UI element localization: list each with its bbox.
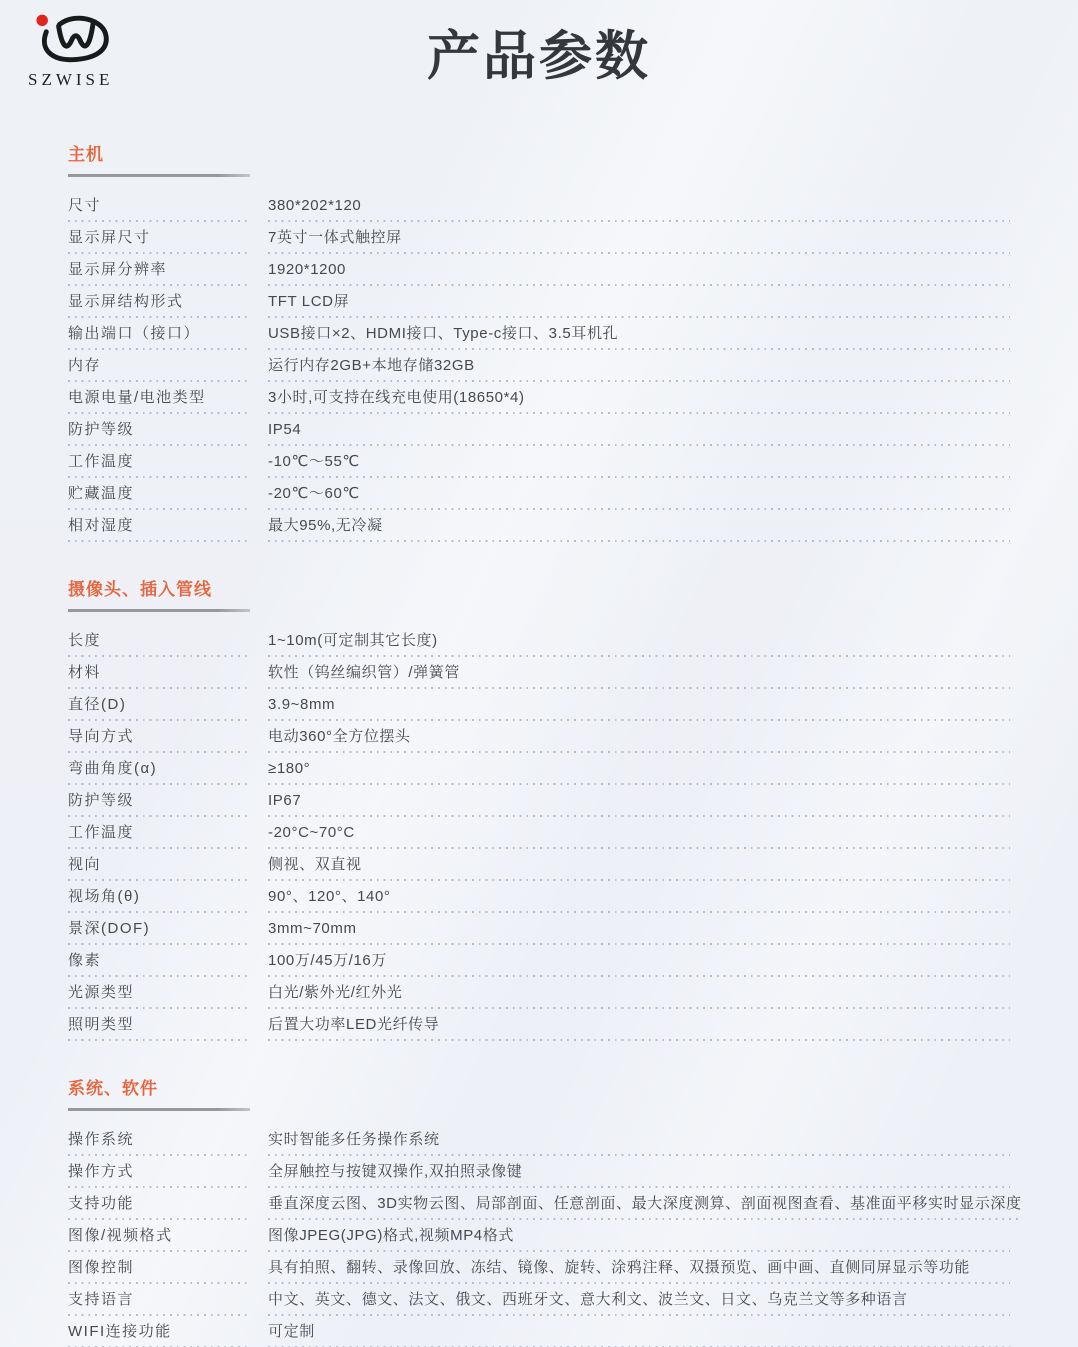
- spec-row: 操作系统 实时智能多任务操作系统: [68, 1124, 1010, 1156]
- spec-label: 直径(D): [68, 689, 250, 721]
- spec-label: 防护等级: [68, 414, 250, 446]
- spec-row: 相对湿度 最大95%,无冷凝: [68, 510, 1010, 542]
- spec-value: TFT LCD屏: [268, 286, 1010, 318]
- spec-label: 工作温度: [68, 817, 250, 849]
- spec-sections: 主机 尺寸 380*202*120 显示屏尺寸 7英寸一体式触控屏 显示屏分辨率…: [68, 140, 1010, 1347]
- spec-value: 电动360°全方位摆头: [268, 721, 1010, 753]
- spec-value: 380*202*120: [268, 190, 1010, 222]
- spec-row: 材料 软性（钨丝编织管）/弹簧管: [68, 657, 1010, 689]
- spec-value: 3.9~8mm: [268, 689, 1010, 721]
- spec-row: 直径(D) 3.9~8mm: [68, 689, 1010, 721]
- spec-value: 运行内存2GB+本地存储32GB: [268, 350, 1010, 382]
- page-title: 产品参数: [0, 0, 1078, 88]
- spec-label: 操作方式: [68, 1156, 250, 1188]
- spec-section: 摄像头、插入管线 长度 1~10m(可定制其它长度) 材料 软性（钨丝编织管）/…: [68, 575, 1010, 1041]
- spec-row: 图像控制 具有拍照、翻转、录像回放、冻结、镜像、旋转、涂鸦注释、双摄预览、画中画…: [68, 1252, 1010, 1284]
- spec-row: 像素 100万/45万/16万: [68, 945, 1010, 977]
- spec-row: 尺寸 380*202*120: [68, 190, 1010, 222]
- spec-value: 实时智能多任务操作系统: [268, 1124, 1010, 1156]
- spec-row: 图像/视频格式 图像JPEG(JPG)格式,视频MP4格式: [68, 1220, 1010, 1252]
- product-spec-page: SZWISE 产品参数 主机 尺寸 380*202*120 显示屏尺寸 7英寸一…: [0, 0, 1078, 1347]
- spec-row: 光源类型 白光/紫外光/红外光: [68, 977, 1010, 1009]
- spec-label: 导向方式: [68, 721, 250, 753]
- spec-row: 景深(DOF) 3mm~70mm: [68, 913, 1010, 945]
- spec-row: 显示屏结构形式 TFT LCD屏: [68, 286, 1010, 318]
- spec-row: 显示屏尺寸 7英寸一体式触控屏: [68, 222, 1010, 254]
- spec-value: 3小时,可支持在线充电使用(18650*4): [268, 382, 1010, 414]
- section-title-underline: [68, 1108, 250, 1111]
- spec-row: 支持功能 垂直深度云图、3D实物云图、局部剖面、任意剖面、最大深度测算、剖面视图…: [68, 1188, 1010, 1220]
- spec-row: 显示屏分辨率 1920*1200: [68, 254, 1010, 286]
- spec-row: 防护等级 IP67: [68, 785, 1010, 817]
- spec-label: 景深(DOF): [68, 913, 250, 945]
- spec-row: 贮藏温度 -20℃～60℃: [68, 478, 1010, 510]
- section-title: 摄像头、插入管线: [68, 575, 1010, 600]
- spec-label: 支持语言: [68, 1284, 250, 1316]
- spec-label: 像素: [68, 945, 250, 977]
- spec-label: WIFI连接功能: [68, 1316, 250, 1347]
- spec-label: 操作系统: [68, 1124, 250, 1156]
- spec-value: 3mm~70mm: [268, 913, 1010, 945]
- spec-value: ≥180°: [268, 753, 1010, 785]
- spec-rows: 长度 1~10m(可定制其它长度) 材料 软性（钨丝编织管）/弹簧管 直径(D)…: [68, 625, 1010, 1041]
- spec-section: 主机 尺寸 380*202*120 显示屏尺寸 7英寸一体式触控屏 显示屏分辨率…: [68, 140, 1010, 542]
- section-title: 主机: [68, 140, 1010, 165]
- spec-row: 照明类型 后置大功率LED光纤传导: [68, 1009, 1010, 1041]
- spec-row: 电源电量/电池类型 3小时,可支持在线充电使用(18650*4): [68, 382, 1010, 414]
- spec-label: 电源电量/电池类型: [68, 382, 250, 414]
- spec-value: 100万/45万/16万: [268, 945, 1010, 977]
- spec-value: 可定制: [268, 1316, 1010, 1347]
- spec-label: 内存: [68, 350, 250, 382]
- spec-label: 防护等级: [68, 785, 250, 817]
- spec-row: 导向方式 电动360°全方位摆头: [68, 721, 1010, 753]
- section-title-underline: [68, 609, 250, 612]
- spec-value: USB接口×2、HDMI接口、Type-c接口、3.5耳机孔: [268, 318, 1010, 350]
- spec-row: 支持语言 中文、英文、德文、法文、俄文、西班牙文、意大利文、波兰文、日文、乌克兰…: [68, 1284, 1010, 1316]
- spec-value: -20℃～60℃: [268, 478, 1010, 510]
- spec-label: 视向: [68, 849, 250, 881]
- spec-label: 照明类型: [68, 1009, 250, 1041]
- section-title: 系统、软件: [68, 1074, 1010, 1099]
- brand-logo: SZWISE: [28, 12, 138, 90]
- spec-value: 后置大功率LED光纤传导: [268, 1009, 1010, 1041]
- spec-label: 材料: [68, 657, 250, 689]
- spec-label: 弯曲角度(α): [68, 753, 250, 785]
- spec-row: 视场角(θ) 90°、120°、140°: [68, 881, 1010, 913]
- spec-row: 内存 运行内存2GB+本地存储32GB: [68, 350, 1010, 382]
- spec-value: -10℃～55℃: [268, 446, 1010, 478]
- spec-value: 最大95%,无冷凝: [268, 510, 1010, 542]
- spec-value: IP67: [268, 785, 1010, 817]
- spec-label: 显示屏分辨率: [68, 254, 250, 286]
- spec-value: 垂直深度云图、3D实物云图、局部剖面、任意剖面、最大深度测算、剖面视图查看、基准…: [268, 1188, 1022, 1220]
- brand-logo-mark-icon: [34, 12, 116, 68]
- spec-label: 工作温度: [68, 446, 250, 478]
- spec-label: 图像/视频格式: [68, 1220, 250, 1252]
- spec-value: 7英寸一体式触控屏: [268, 222, 1010, 254]
- spec-value: 白光/紫外光/红外光: [268, 977, 1010, 1009]
- spec-row: WIFI连接功能 可定制: [68, 1316, 1010, 1347]
- spec-label: 输出端口（接口）: [68, 318, 250, 350]
- brand-logo-text: SZWISE: [28, 70, 138, 90]
- page-header: SZWISE 产品参数: [0, 0, 1078, 88]
- spec-label: 长度: [68, 625, 250, 657]
- spec-label: 视场角(θ): [68, 881, 250, 913]
- spec-row: 防护等级 IP54: [68, 414, 1010, 446]
- spec-row: 工作温度 -20°C~70°C: [68, 817, 1010, 849]
- spec-label: 支持功能: [68, 1188, 250, 1220]
- spec-label: 图像控制: [68, 1252, 250, 1284]
- section-title-underline: [68, 174, 250, 177]
- spec-value: 90°、120°、140°: [268, 881, 1010, 913]
- spec-label: 相对湿度: [68, 510, 250, 542]
- spec-row: 操作方式 全屏触控与按键双操作,双拍照录像键: [68, 1156, 1010, 1188]
- spec-value: IP54: [268, 414, 1010, 446]
- spec-rows: 尺寸 380*202*120 显示屏尺寸 7英寸一体式触控屏 显示屏分辨率 19…: [68, 190, 1010, 542]
- spec-section: 系统、软件 操作系统 实时智能多任务操作系统 操作方式 全屏触控与按键双操作,双…: [68, 1074, 1010, 1347]
- spec-rows: 操作系统 实时智能多任务操作系统 操作方式 全屏触控与按键双操作,双拍照录像键 …: [68, 1124, 1010, 1347]
- spec-value: 软性（钨丝编织管）/弹簧管: [268, 657, 1010, 689]
- spec-label: 显示屏尺寸: [68, 222, 250, 254]
- spec-label: 贮藏温度: [68, 478, 250, 510]
- spec-value: 侧视、双直视: [268, 849, 1010, 881]
- spec-label: 光源类型: [68, 977, 250, 1009]
- spec-row: 输出端口（接口） USB接口×2、HDMI接口、Type-c接口、3.5耳机孔: [68, 318, 1010, 350]
- spec-label: 尺寸: [68, 190, 250, 222]
- spec-value: 1920*1200: [268, 254, 1010, 286]
- spec-value: 图像JPEG(JPG)格式,视频MP4格式: [268, 1220, 1010, 1252]
- spec-row: 视向 侧视、双直视: [68, 849, 1010, 881]
- spec-value: 具有拍照、翻转、录像回放、冻结、镜像、旋转、涂鸦注释、双摄预览、画中画、直侧同屏…: [268, 1252, 1010, 1284]
- spec-row: 长度 1~10m(可定制其它长度): [68, 625, 1010, 657]
- spec-value: 全屏触控与按键双操作,双拍照录像键: [268, 1156, 1010, 1188]
- spec-row: 弯曲角度(α) ≥180°: [68, 753, 1010, 785]
- spec-row: 工作温度 -10℃～55℃: [68, 446, 1010, 478]
- spec-label: 显示屏结构形式: [68, 286, 250, 318]
- spec-value: 中文、英文、德文、法文、俄文、西班牙文、意大利文、波兰文、日文、乌克兰文等多种语…: [268, 1284, 1010, 1316]
- spec-value: 1~10m(可定制其它长度): [268, 625, 1010, 657]
- spec-value: -20°C~70°C: [268, 817, 1010, 849]
